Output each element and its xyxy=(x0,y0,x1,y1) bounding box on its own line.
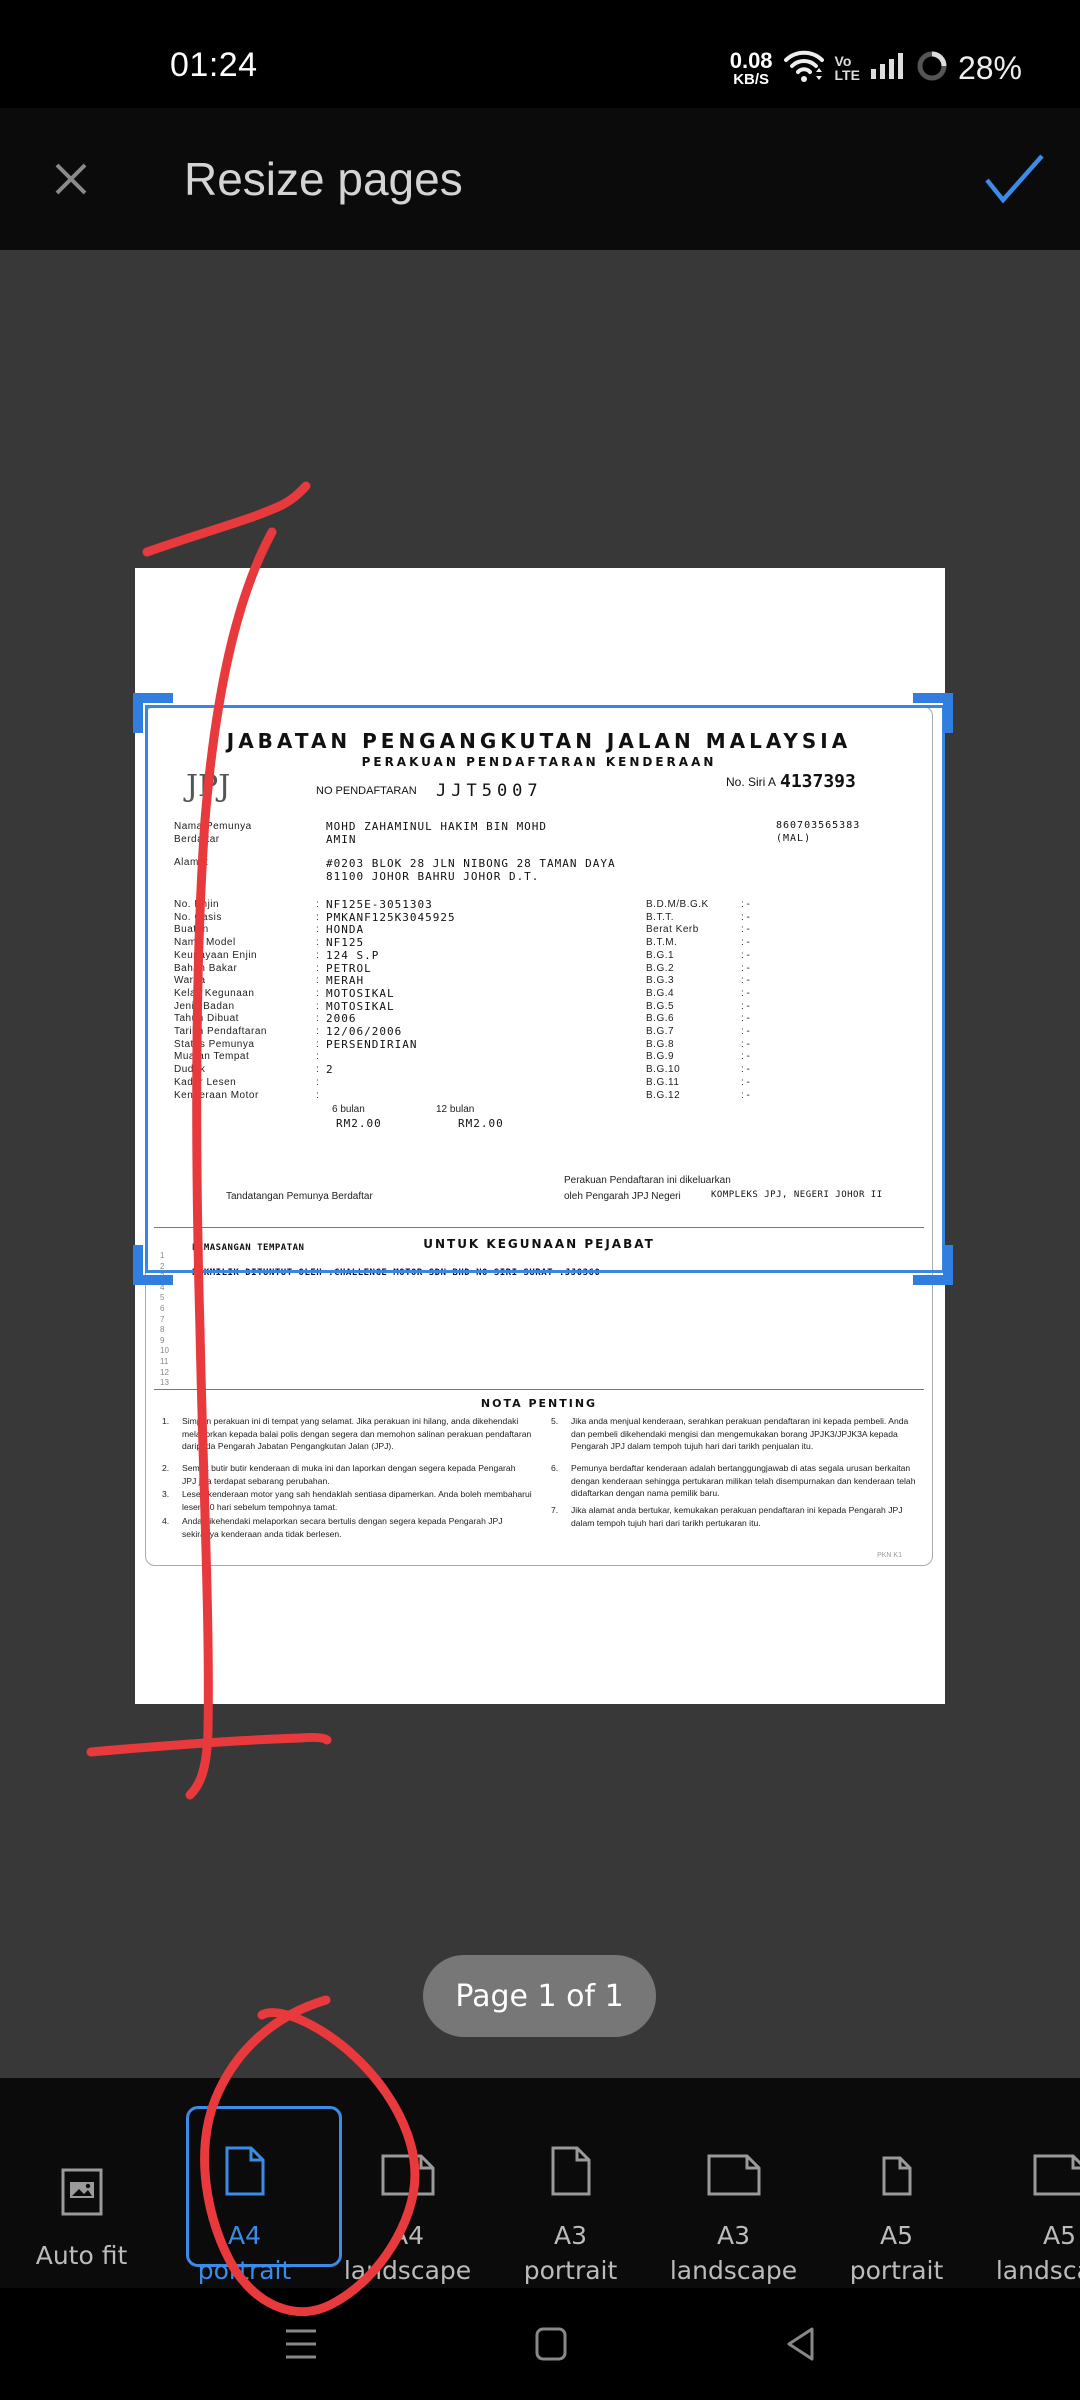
size-option-a5-landscape[interactable]: A5landscape xyxy=(978,2078,1080,2288)
jpj-logo-icon: JPJ xyxy=(186,769,230,804)
note-text: Anda dikehendaki melaporkan secara bertu… xyxy=(182,1515,532,1540)
owner-id-tag: (MAL) xyxy=(776,833,811,844)
note-text: Semak butir butir kenderaan di muka ini … xyxy=(182,1462,532,1487)
field-value: 2006 xyxy=(326,1012,357,1025)
reg-label: NO PENDAFTARAN xyxy=(316,785,417,797)
owner-name-2: AMIN xyxy=(326,833,357,846)
size-option-line2: portrait xyxy=(524,2253,618,2288)
line-number: 13 xyxy=(160,1378,169,1387)
siri-value: 4137393 xyxy=(780,771,856,792)
crop-handle-bottom-right[interactable] xyxy=(913,1245,953,1285)
field-value: MOTOSIKAL xyxy=(326,987,395,1000)
size-option-label: A4portrait xyxy=(198,2218,292,2288)
weight-value: : - xyxy=(741,937,750,948)
field-value: MERAH xyxy=(326,974,364,987)
weight-label: B.G.9 xyxy=(646,1051,674,1062)
field-label: No. Enjin xyxy=(174,899,219,910)
status-bar: 01:24 0.08 KB/S Vo LTE xyxy=(0,0,1080,108)
size-option-label: A5landscape xyxy=(996,2218,1080,2288)
note-text: Pemunya berdaftar kenderaan adalah berta… xyxy=(571,1462,921,1500)
issued-office: KOMPLEKS JPJ, NEGERI JOHOR II xyxy=(711,1190,883,1200)
field-label: Kelas Kegunaan xyxy=(174,988,254,999)
note-number: 3. xyxy=(162,1488,174,1513)
note-number: 4. xyxy=(162,1515,174,1540)
doc-title: JABATAN PENGANGKUTAN JALAN MALAYSIA xyxy=(146,729,932,753)
image-fit-icon xyxy=(61,2126,103,2216)
license-12-value: RM2.00 xyxy=(458,1117,504,1130)
license-6-value: RM2.00 xyxy=(336,1117,382,1130)
page-size-toolbar: Auto fitA4portraitA4landscapeA3portraitA… xyxy=(0,2078,1080,2288)
weight-label: B.D.M/B.G.K xyxy=(646,899,709,910)
page-preview-canvas: JABATAN PENGANGKUTAN JALAN MALAYSIA PERA… xyxy=(0,250,1080,2078)
line-number: 11 xyxy=(160,1357,168,1366)
field-colon: : xyxy=(316,1001,319,1012)
note-number: 1. xyxy=(162,1415,174,1453)
wifi-icon xyxy=(783,48,825,89)
weight-value: : - xyxy=(741,1090,750,1101)
field-label: Bahan Bakar xyxy=(174,963,237,974)
field-label: Nama Model xyxy=(174,937,236,948)
signal-icon xyxy=(870,51,906,86)
field-colon: : xyxy=(316,950,319,961)
page-preview: JABATAN PENGANGKUTAN JALAN MALAYSIA PERA… xyxy=(135,568,945,1704)
size-option-line1: A5 xyxy=(850,2218,944,2253)
owner-name: MOHD ZAHAMINUL HAKIM BIN MOHD xyxy=(326,820,547,833)
weight-label: B.G.7 xyxy=(646,1026,674,1037)
size-option-a4-landscape[interactable]: A4landscape xyxy=(326,2078,489,2288)
divider xyxy=(154,1227,924,1228)
size-option-line1: Auto fit xyxy=(36,2238,128,2273)
page-portrait-icon xyxy=(551,2126,591,2196)
line-number: 10 xyxy=(160,1346,169,1355)
crop-handle-top-left[interactable] xyxy=(133,693,173,733)
size-option-auto-fit[interactable]: Auto fit xyxy=(0,2078,163,2288)
note-item: 1.Simpan perakuan ini di tempat yang sel… xyxy=(162,1415,532,1453)
size-option-a5-portrait[interactable]: A5portrait xyxy=(815,2078,978,2288)
weight-value: : - xyxy=(741,899,750,910)
weight-label: B.T.T. xyxy=(646,912,674,923)
issued-line-2: oleh Pengarah JPJ Negeri xyxy=(564,1191,681,1202)
address-line-1: #0203 BLOK 28 JLN NIBONG 28 TAMAN DAYA xyxy=(326,857,616,870)
page-landscape-icon xyxy=(381,2126,435,2196)
weight-value: : - xyxy=(741,963,750,974)
divider xyxy=(154,1389,924,1390)
signature-label: Tandatangan Pemunya Berdaftar xyxy=(226,1191,373,1202)
form-code: PKN K1 xyxy=(877,1552,902,1559)
note-item: 5.Jika anda menjual kenderaan, serahkan … xyxy=(551,1415,921,1453)
field-colon: : xyxy=(316,924,319,935)
size-option-label: Auto fit xyxy=(36,2238,128,2273)
field-value: MOTOSIKAL xyxy=(326,1000,395,1013)
field-label: Keupayaan Enjin xyxy=(174,950,257,961)
weight-label: B.G.11 xyxy=(646,1077,679,1088)
line-number: 8 xyxy=(160,1325,164,1334)
field-label: Kadar Lesen xyxy=(174,1077,236,1088)
field-value: PERSENDIRIAN xyxy=(326,1038,417,1051)
license-12-label: 12 bulan xyxy=(436,1104,474,1115)
size-option-line1: A4 xyxy=(344,2218,471,2253)
weight-value: : - xyxy=(741,924,750,935)
note-number: 7. xyxy=(551,1504,563,1529)
reg-value: JJT5007 xyxy=(436,781,543,801)
page-landscape-icon xyxy=(707,2126,761,2196)
size-option-label: A3landscape xyxy=(670,2218,797,2288)
network-speed-value: 0.08 xyxy=(730,50,773,72)
field-label: Duduk xyxy=(174,1064,205,1075)
weight-value: : - xyxy=(741,1026,750,1037)
weight-label: B.G.3 xyxy=(646,975,674,986)
weight-value: : - xyxy=(741,1051,750,1062)
weight-label: B.G.12 xyxy=(646,1090,680,1101)
checkmark-icon xyxy=(985,154,1045,209)
confirm-button[interactable] xyxy=(980,146,1050,216)
field-label: Jenis Badan xyxy=(174,1001,235,1012)
weight-value: : - xyxy=(741,1077,750,1088)
field-colon: : xyxy=(316,937,319,948)
size-option-line2: portrait xyxy=(850,2253,944,2288)
note-item: 7.Jika alamat anda bertukar, kemukakan p… xyxy=(551,1504,921,1529)
size-option-label: A3portrait xyxy=(524,2218,618,2288)
owner-id: 860703565383 xyxy=(776,820,860,831)
field-colon: : xyxy=(316,1064,319,1075)
size-option-line2: landscape xyxy=(996,2253,1080,2288)
nota-penting-title: NOTA PENTING xyxy=(146,1397,932,1410)
line-number: 5 xyxy=(160,1293,164,1302)
volte-icon: Vo LTE xyxy=(835,54,860,82)
battery-percent: 28% xyxy=(958,50,1022,87)
field-colon: : xyxy=(316,912,319,923)
size-option-line2: landscape xyxy=(670,2253,797,2288)
license-6-label: 6 bulan xyxy=(332,1104,365,1115)
recents-icon xyxy=(284,2327,318,2366)
siri-label: No. Siri A xyxy=(726,775,776,789)
page-size-options: Auto fitA4portraitA4landscapeA3portraitA… xyxy=(0,2078,1080,2288)
size-option-label: A5portrait xyxy=(850,2218,944,2288)
note-text: Jika alamat anda bertukar, kemukakan per… xyxy=(571,1504,921,1529)
status-time: 01:24 xyxy=(170,46,258,85)
field-value: NF125 xyxy=(326,936,364,949)
field-colon: : xyxy=(316,1039,319,1050)
weight-label: B.G.4 xyxy=(646,988,674,999)
line-number: 9 xyxy=(160,1336,164,1345)
network-speed: 0.08 KB/S xyxy=(730,50,773,87)
back-icon xyxy=(784,2327,818,2366)
field-value: NF125E-3051303 xyxy=(326,898,433,911)
note-number: 6. xyxy=(551,1462,563,1500)
note-text: Lesen kenderaan motor yang sah hendaklah… xyxy=(182,1488,532,1513)
field-colon: : xyxy=(316,963,319,974)
field-colon: : xyxy=(316,1077,319,1088)
owner-label-2: Berdaftar xyxy=(174,834,220,845)
status-icons: 0.08 KB/S Vo LTE xyxy=(730,46,1022,90)
crop-handle-top-right[interactable] xyxy=(913,693,953,733)
size-option-line2: portrait xyxy=(198,2253,292,2288)
weight-label: B.G.5 xyxy=(646,1001,674,1012)
system-nav-bar xyxy=(0,2288,1080,2400)
field-label: Status Pemunya xyxy=(174,1039,254,1050)
weight-label: Berat Kerb xyxy=(646,924,699,935)
address-line-2: 81100 JOHOR BAHRU JOHOR D.T. xyxy=(326,870,539,883)
doc-subtitle: PERAKUAN PENDAFTARAN KENDERAAN xyxy=(146,755,932,769)
size-option-line1: A3 xyxy=(670,2218,797,2253)
field-label: Warna xyxy=(174,975,206,986)
issued-line-1: Perakuan Pendaftaran ini dikeluarkan xyxy=(564,1175,731,1186)
field-label: Buatan xyxy=(174,924,209,935)
field-label: Tahun Dibuat xyxy=(174,1013,239,1024)
line-number: 12 xyxy=(160,1368,169,1377)
page-indicator: Page 1 of 1 xyxy=(423,1955,656,2037)
document-scan: JABATAN PENGANGKUTAN JALAN MALAYSIA PERA… xyxy=(145,706,933,1566)
field-value: 124 S.P xyxy=(326,949,379,962)
close-button[interactable] xyxy=(40,150,102,212)
field-value: 2 xyxy=(326,1063,334,1076)
back-button[interactable] xyxy=(771,2316,831,2376)
field-label: Tarikh Pendaftaran xyxy=(174,1026,267,1037)
size-option-line1: A4 xyxy=(198,2218,292,2253)
weight-label: B.G.10 xyxy=(646,1064,680,1075)
weight-value: : - xyxy=(741,1013,750,1024)
size-option-label: A4landscape xyxy=(344,2218,471,2288)
note-number: 5. xyxy=(551,1415,563,1453)
note-text: Simpan perakuan ini di tempat yang selam… xyxy=(182,1415,532,1453)
network-speed-unit: KB/S xyxy=(733,72,769,87)
weight-value: : - xyxy=(741,1064,750,1075)
weight-value: : - xyxy=(741,912,750,923)
field-colon: : xyxy=(316,1013,319,1024)
page-landscape-icon xyxy=(1033,2126,1080,2196)
field-colon: : xyxy=(316,988,319,999)
weight-value: : - xyxy=(741,975,750,986)
field-colon: : xyxy=(316,1090,319,1101)
home-icon xyxy=(534,2327,568,2366)
address-label: Alamat xyxy=(174,857,208,868)
weight-label: B.G.1 xyxy=(646,950,674,961)
owner-label: Nama Pemunya xyxy=(174,821,252,832)
note-item: 6.Pemunya berdaftar kenderaan adalah ber… xyxy=(551,1462,921,1500)
weight-label: B.G.2 xyxy=(646,963,674,974)
weight-label: B.T.M. xyxy=(646,937,677,948)
field-value: HONDA xyxy=(326,923,364,936)
app-bar: Resize pages xyxy=(0,108,1080,250)
weight-value: : - xyxy=(741,1039,750,1050)
field-label: Kenderaan Motor xyxy=(174,1090,259,1101)
field-value: PMKANF125K3045925 xyxy=(326,911,456,924)
office-line-2: HAKMILIK DITUNTUT OLEH :CHALLENGE MOTOR … xyxy=(192,1268,600,1278)
recents-button[interactable] xyxy=(271,2316,331,2376)
page-title: Resize pages xyxy=(184,152,463,206)
note-item: 3.Lesen kenderaan motor yang sah hendakl… xyxy=(162,1488,532,1513)
size-option-a3-portrait[interactable]: A3portrait xyxy=(489,2078,652,2288)
weight-value: : - xyxy=(741,950,750,961)
weight-label: B.G.6 xyxy=(646,1013,674,1024)
page-portrait-icon xyxy=(882,2126,912,2196)
close-icon xyxy=(54,162,88,201)
size-option-line1: A3 xyxy=(524,2218,618,2253)
field-label: No. Casis xyxy=(174,912,222,923)
crop-handle-bottom-left[interactable] xyxy=(133,1245,173,1285)
weight-value: : - xyxy=(741,1001,750,1012)
note-number: 2. xyxy=(162,1462,174,1487)
field-value: 12/06/2006 xyxy=(326,1025,402,1038)
field-colon: : xyxy=(316,1051,319,1062)
field-colon: : xyxy=(316,899,319,910)
size-option-a4-portrait[interactable]: A4portrait xyxy=(163,2078,326,2288)
note-item: 2.Semak butir butir kenderaan di muka in… xyxy=(162,1462,532,1487)
page-portrait-icon xyxy=(225,2126,265,2196)
field-colon: : xyxy=(316,975,319,986)
size-option-line2: landscape xyxy=(344,2253,471,2288)
office-line-1: PEMASANGAN TEMPATAN xyxy=(192,1243,304,1253)
home-button[interactable] xyxy=(521,2316,581,2376)
size-option-line1: A5 xyxy=(996,2218,1080,2253)
field-colon: : xyxy=(316,1026,319,1037)
weight-label: B.G.8 xyxy=(646,1039,674,1050)
field-label: Muatan Tempat xyxy=(174,1051,249,1062)
battery-ring-icon xyxy=(916,50,948,87)
line-number: 7 xyxy=(160,1315,164,1324)
field-value: PETROL xyxy=(326,962,372,975)
size-option-a3-landscape[interactable]: A3landscape xyxy=(652,2078,815,2288)
note-text: Jika anda menjual kenderaan, serahkan pe… xyxy=(571,1415,921,1453)
weight-value: : - xyxy=(741,988,750,999)
line-number: 6 xyxy=(160,1304,164,1313)
note-item: 4.Anda dikehendaki melaporkan secara ber… xyxy=(162,1515,532,1540)
